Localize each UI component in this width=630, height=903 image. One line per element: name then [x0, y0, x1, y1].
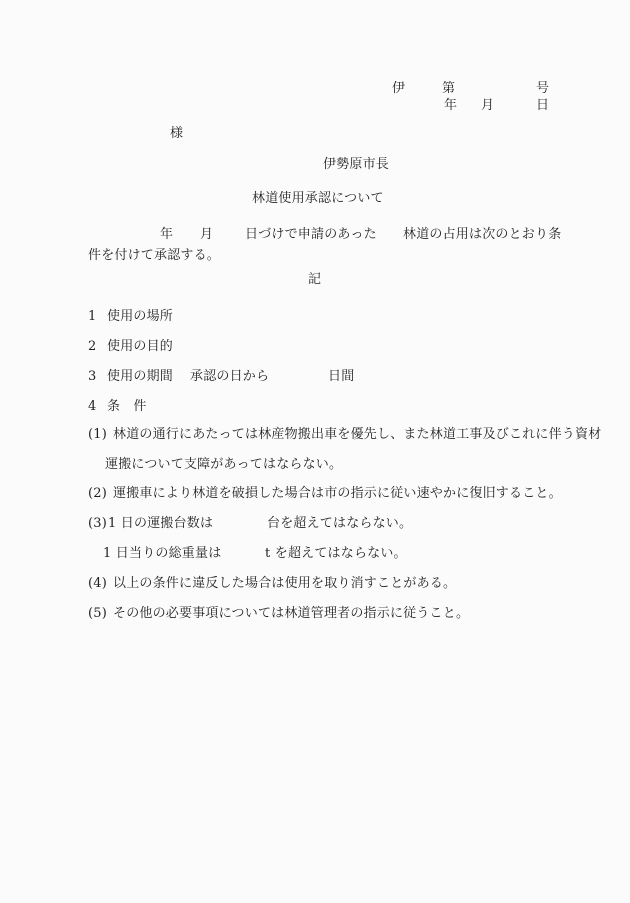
condition-1-text-line1: 林道の通行にあたっては林産物搬出車を優先し、また林道工事及びこれに伴う資材 [113, 428, 601, 442]
condition-3-count-post: 台を超えてはならない。 [267, 517, 412, 531]
item-4-number: 4 [88, 400, 96, 414]
condition-2-number: (2) [88, 487, 107, 501]
page-title: 林道使用承認について [252, 192, 384, 206]
condition-3-weight-pre: 1 日当りの総重量は [103, 547, 221, 561]
condition-5-number: (5) [88, 607, 107, 621]
item-2-label: 使用の目的 [107, 340, 173, 354]
body-approval-text-1: 林道の占用は次のとおり条 [403, 228, 561, 242]
body-month-label: 月 [200, 228, 213, 242]
body-year-label: 年 [160, 228, 173, 242]
item-3-from-text: 承認の日から [190, 370, 269, 384]
body-applied-text: 日づけで申請のあった [245, 228, 377, 242]
condition-2-text: 運搬車により林道を破損した場合は市の指示に従い速やかに復旧すること。 [113, 487, 562, 501]
doc-number-suffix: 号 [536, 82, 549, 96]
date-month-label: 月 [481, 99, 494, 113]
item-3-number: 3 [88, 370, 96, 384]
doc-number-label: 第 [442, 82, 455, 96]
body-approval-text-2: 件を付けて承認する。 [88, 249, 220, 263]
sender-title: 伊勢原市長 [323, 158, 389, 172]
condition-3-weight-post: t を超えてはならない。 [265, 547, 407, 561]
item-3-label: 使用の期間 [107, 370, 173, 384]
condition-5-text: その他の必要事項については林道管理者の指示に従うこと。 [113, 607, 469, 621]
condition-4-number: (4) [88, 577, 107, 591]
date-year-label: 年 [444, 99, 457, 113]
item-1-label: 使用の場所 [107, 310, 173, 324]
condition-3-number: (3) [88, 517, 107, 531]
date-day-label: 日 [536, 99, 549, 113]
item-2-number: 2 [88, 340, 96, 354]
condition-1-number: (1) [88, 428, 107, 442]
condition-1-text-line2: 運搬について支障があってはならない。 [105, 458, 342, 472]
doc-number-prefix: 伊 [392, 82, 405, 96]
recipient-honorific: 様 [170, 127, 183, 141]
condition-3-count-pre: 1 日の運搬台数は [108, 517, 213, 531]
item-3-unit-text: 日間 [328, 370, 354, 384]
condition-4-text: 以上の条件に違反した場合は使用を取り消すことがある。 [113, 577, 456, 591]
record-mark: 記 [308, 273, 321, 287]
item-4-label: 条 件 [107, 400, 147, 414]
item-1-number: 1 [88, 310, 96, 324]
document-page: 伊 第 号 年 月 日 様 伊勢原市長 林道使用承認について 年 月 日づけで申… [0, 0, 630, 903]
